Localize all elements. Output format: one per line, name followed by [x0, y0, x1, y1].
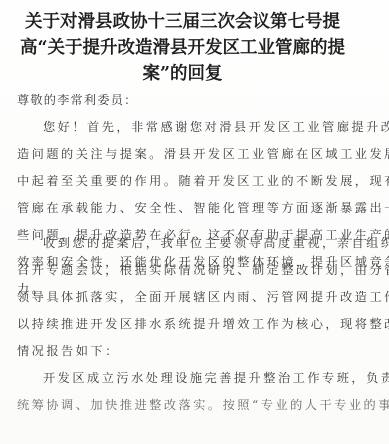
text-line: 中起着至关重要的作用。随着开发区工业的不断发展，现有: [17, 168, 362, 195]
document-title: 关于对滑县政协十三届三次会议第七号提 高“关于提升改造滑县开发区工业管廊的提 案…: [10, 9, 355, 87]
text-line: 领导具体抓落实，全面开展辖区内雨、污管网提升改造工作，: [17, 284, 362, 311]
title-line: 关于对滑县政协十三届三次会议第七号提: [10, 9, 355, 35]
document-page: 关于对滑县政协十三届三次会议第七号提 高“关于提升改造滑县开发区工业管廊的提 案…: [0, 0, 389, 444]
text-line: 以持续推进开发区排水系统提升增效工作为核心，现将整改: [17, 311, 362, 338]
text-line: 统筹协调、加快推进整改落实。按照“专业的人干专业的事”: [17, 392, 362, 419]
paragraph-workgroup: 开发区成立污水处理设施完善提升整治工作专班，负责 统筹协调、加快推进整改落实。按…: [17, 365, 362, 419]
title-line: 高“关于提升改造滑县开发区工业管廊的提: [10, 35, 355, 61]
text-line: 开发区成立污水处理设施完善提升整治工作专班，负责: [17, 365, 362, 392]
text-line: 您好！首先，非常感谢您对滑县开发区工业管廊提升改: [17, 114, 362, 141]
text-line: 造问题的关注与提案。滑县开发区工业管廊在区域工业发展: [17, 141, 362, 168]
title-line: 案”的回复: [10, 61, 355, 87]
text-line: 管廊在承载能力、安全性、智能化管理等方面逐渐暴露出一: [17, 195, 362, 222]
text-line: 召开专题会议，根据实际情况研究、制定整改计划，由分管: [17, 257, 362, 284]
paragraph-response: 收到您的提案后，我单位主要领导高度重视，亲自组织 召开专题会议，根据实际情况研究…: [17, 230, 362, 365]
text-line: 收到您的提案后，我单位主要领导高度重视，亲自组织: [17, 230, 362, 257]
text-line: 情况报告如下：: [17, 338, 362, 365]
salutation: 尊敬的李常利委员：: [17, 92, 138, 108]
